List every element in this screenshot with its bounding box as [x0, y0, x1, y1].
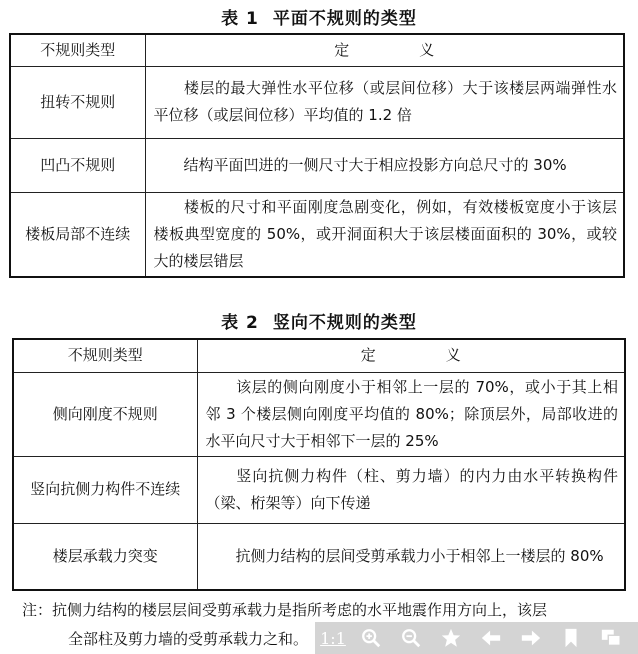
table1-title: 平面不规则的类型 — [273, 9, 417, 29]
window-icon — [600, 627, 622, 649]
header-definition: 定义 — [197, 339, 625, 372]
table-row: 竖向抗侧力构件不连续 竖向抗侧力构件（柱、剪力墙）的内力由水平转换构件（梁、桁架… — [13, 456, 625, 523]
row-definition: 结构平面凹进的一侧尺寸大于相应投影方向总尺寸的 30% — [145, 138, 624, 192]
row-type: 凹凸不规则 — [10, 138, 145, 192]
table1: 不规则类型 定义 扭转不规则 楼层的最大弹性水平位移（或层间位移）大于该楼层两端… — [9, 33, 625, 278]
footnote-line-1: 注：抗侧力结构的楼层层间受剪承载力是指所考虑的水平地震作用方向上，该层 — [22, 596, 622, 625]
table1-number: 表 1 — [221, 9, 259, 29]
table-row: 楼层承载力突变 抗侧力结构的层间受剪承载力小于相邻上一楼层的 80% — [13, 523, 625, 590]
row-definition: 该层的侧向刚度小于相邻上一层的 70%，或小于其上相邻 3 个楼层侧向刚度平均值… — [197, 372, 625, 456]
arrow-right-icon — [520, 627, 542, 649]
bookmark-button[interactable] — [551, 622, 591, 654]
table1-header-row: 不规则类型 定义 — [10, 34, 624, 66]
zoom-in-button[interactable] — [351, 622, 391, 654]
next-button[interactable] — [511, 622, 551, 654]
table2-number: 表 2 — [221, 313, 259, 333]
table2-caption: 表 2竖向不规则的类型 — [0, 308, 638, 333]
row-definition: 抗侧力结构的层间受剪承载力小于相邻上一楼层的 80% — [197, 523, 625, 590]
zoom-out-icon — [400, 627, 422, 649]
table-row: 楼板局部不连续 楼板的尺寸和平面刚度急剧变化，例如，有效楼板宽度小于该层楼板典型… — [10, 192, 624, 277]
row-type: 竖向抗侧力构件不连续 — [13, 456, 197, 523]
previous-button[interactable] — [471, 622, 511, 654]
table2-header-row: 不规则类型 定义 — [13, 339, 625, 372]
row-definition: 楼层的最大弹性水平位移（或层间位移）大于该楼层两端弹性水平位移（或层间位移）平均… — [145, 66, 624, 138]
arrow-left-icon — [480, 627, 502, 649]
bookmark-icon — [560, 627, 582, 649]
row-type: 楼层承载力突变 — [13, 523, 197, 590]
table-row: 扭转不规则 楼层的最大弹性水平位移（或层间位移）大于该楼层两端弹性水平位移（或层… — [10, 66, 624, 138]
row-definition: 楼板的尺寸和平面刚度急剧变化，例如，有效楼板宽度小于该层楼板典型宽度的 50%，… — [145, 192, 624, 277]
zoom-out-button[interactable] — [391, 622, 431, 654]
row-type: 楼板局部不连续 — [10, 192, 145, 277]
table2-title: 竖向不规则的类型 — [273, 313, 417, 333]
table-row: 凹凸不规则 结构平面凹进的一侧尺寸大于相应投影方向总尺寸的 30% — [10, 138, 624, 192]
row-type: 扭转不规则 — [10, 66, 145, 138]
actual-size-button[interactable]: 1:1 — [315, 622, 351, 654]
zoom-in-icon — [360, 627, 382, 649]
table1-caption: 表 1平面不规则的类型 — [0, 4, 638, 29]
header-type: 不规则类型 — [13, 339, 197, 372]
favorite-button[interactable] — [431, 622, 471, 654]
table2: 不规则类型 定义 侧向刚度不规则 该层的侧向刚度小于相邻上一层的 70%，或小于… — [12, 338, 626, 591]
header-type: 不规则类型 — [10, 34, 145, 66]
row-type: 侧向刚度不规则 — [13, 372, 197, 456]
window-button[interactable] — [591, 622, 631, 654]
row-definition: 竖向抗侧力构件（柱、剪力墙）的内力由水平转换构件（梁、桁架等）向下传递 — [197, 456, 625, 523]
header-definition: 定义 — [145, 34, 624, 66]
star-icon — [440, 627, 462, 649]
table-row: 侧向刚度不规则 该层的侧向刚度小于相邻上一层的 70%，或小于其上相邻 3 个楼… — [13, 372, 625, 456]
image-viewer-toolbar: 1:1 — [315, 622, 638, 654]
